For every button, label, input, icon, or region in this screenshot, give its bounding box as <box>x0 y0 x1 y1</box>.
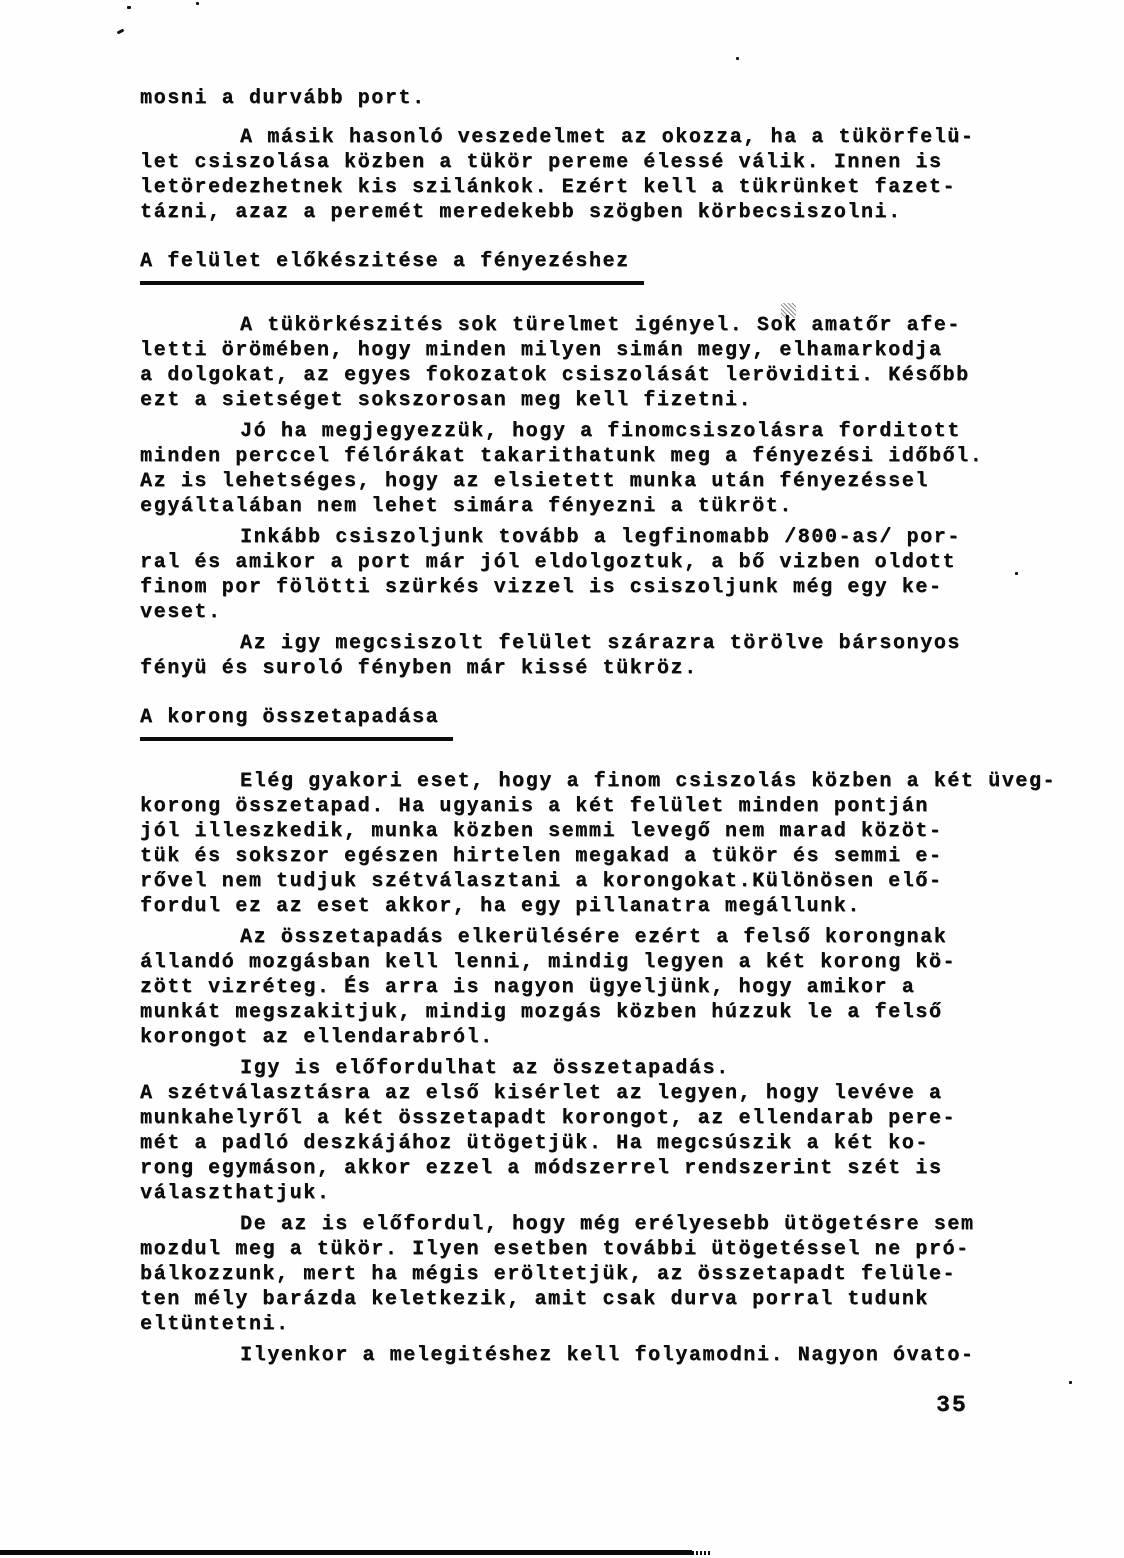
scan-edge-dots <box>692 1551 710 1555</box>
scan-edge-line <box>0 1550 692 1555</box>
paragraph-keep-moving: Az összetapadás elkerülésére ezért a fel… <box>140 925 1110 1050</box>
paragraph-sticking-cause: Elég gyakori eset, hogy a finom csiszolá… <box>140 769 1110 919</box>
paragraph-time-saving: Jó ha megjegyezzük, hogy a finomcsiszolá… <box>140 419 1110 519</box>
paragraph-separation-method: Igy is előfordulhat az összetapadás. A s… <box>140 1056 1110 1206</box>
document-page: mosni a durvább port. A másik hasonló ve… <box>0 0 1124 1558</box>
paragraph-velvet-sheen: Az igy megcsiszolt felület szárazra törö… <box>140 631 1110 681</box>
scan-speck <box>1069 1381 1072 1384</box>
paragraph-stubborn-sticking: De az is előfordul, hogy még erélyesebb … <box>140 1212 1110 1337</box>
paragraph-finest-grit: Inkább csiszoljunk tovább a legfinomabb … <box>140 525 1110 625</box>
page-number: 35 <box>936 1392 968 1418</box>
section-heading-surface-prep: A felület előkészitése a fényezéshez <box>140 249 644 285</box>
paragraph-continued-from-previous-page: mosni a durvább port. <box>140 86 1110 111</box>
paragraph-heating: Ilyenkor a melegitéshez kell folyamodni.… <box>140 1343 1110 1368</box>
paragraph-faceting: A másik hasonló veszedelmet az okozza, h… <box>140 125 1110 225</box>
section-heading-disc-sticking: A korong összetapadása <box>140 705 453 741</box>
page-body: mosni a durvább port. A másik hasonló ve… <box>0 0 1124 1368</box>
paragraph-patience: A tükörkészités sok türelmet igényel. So… <box>140 313 1110 413</box>
